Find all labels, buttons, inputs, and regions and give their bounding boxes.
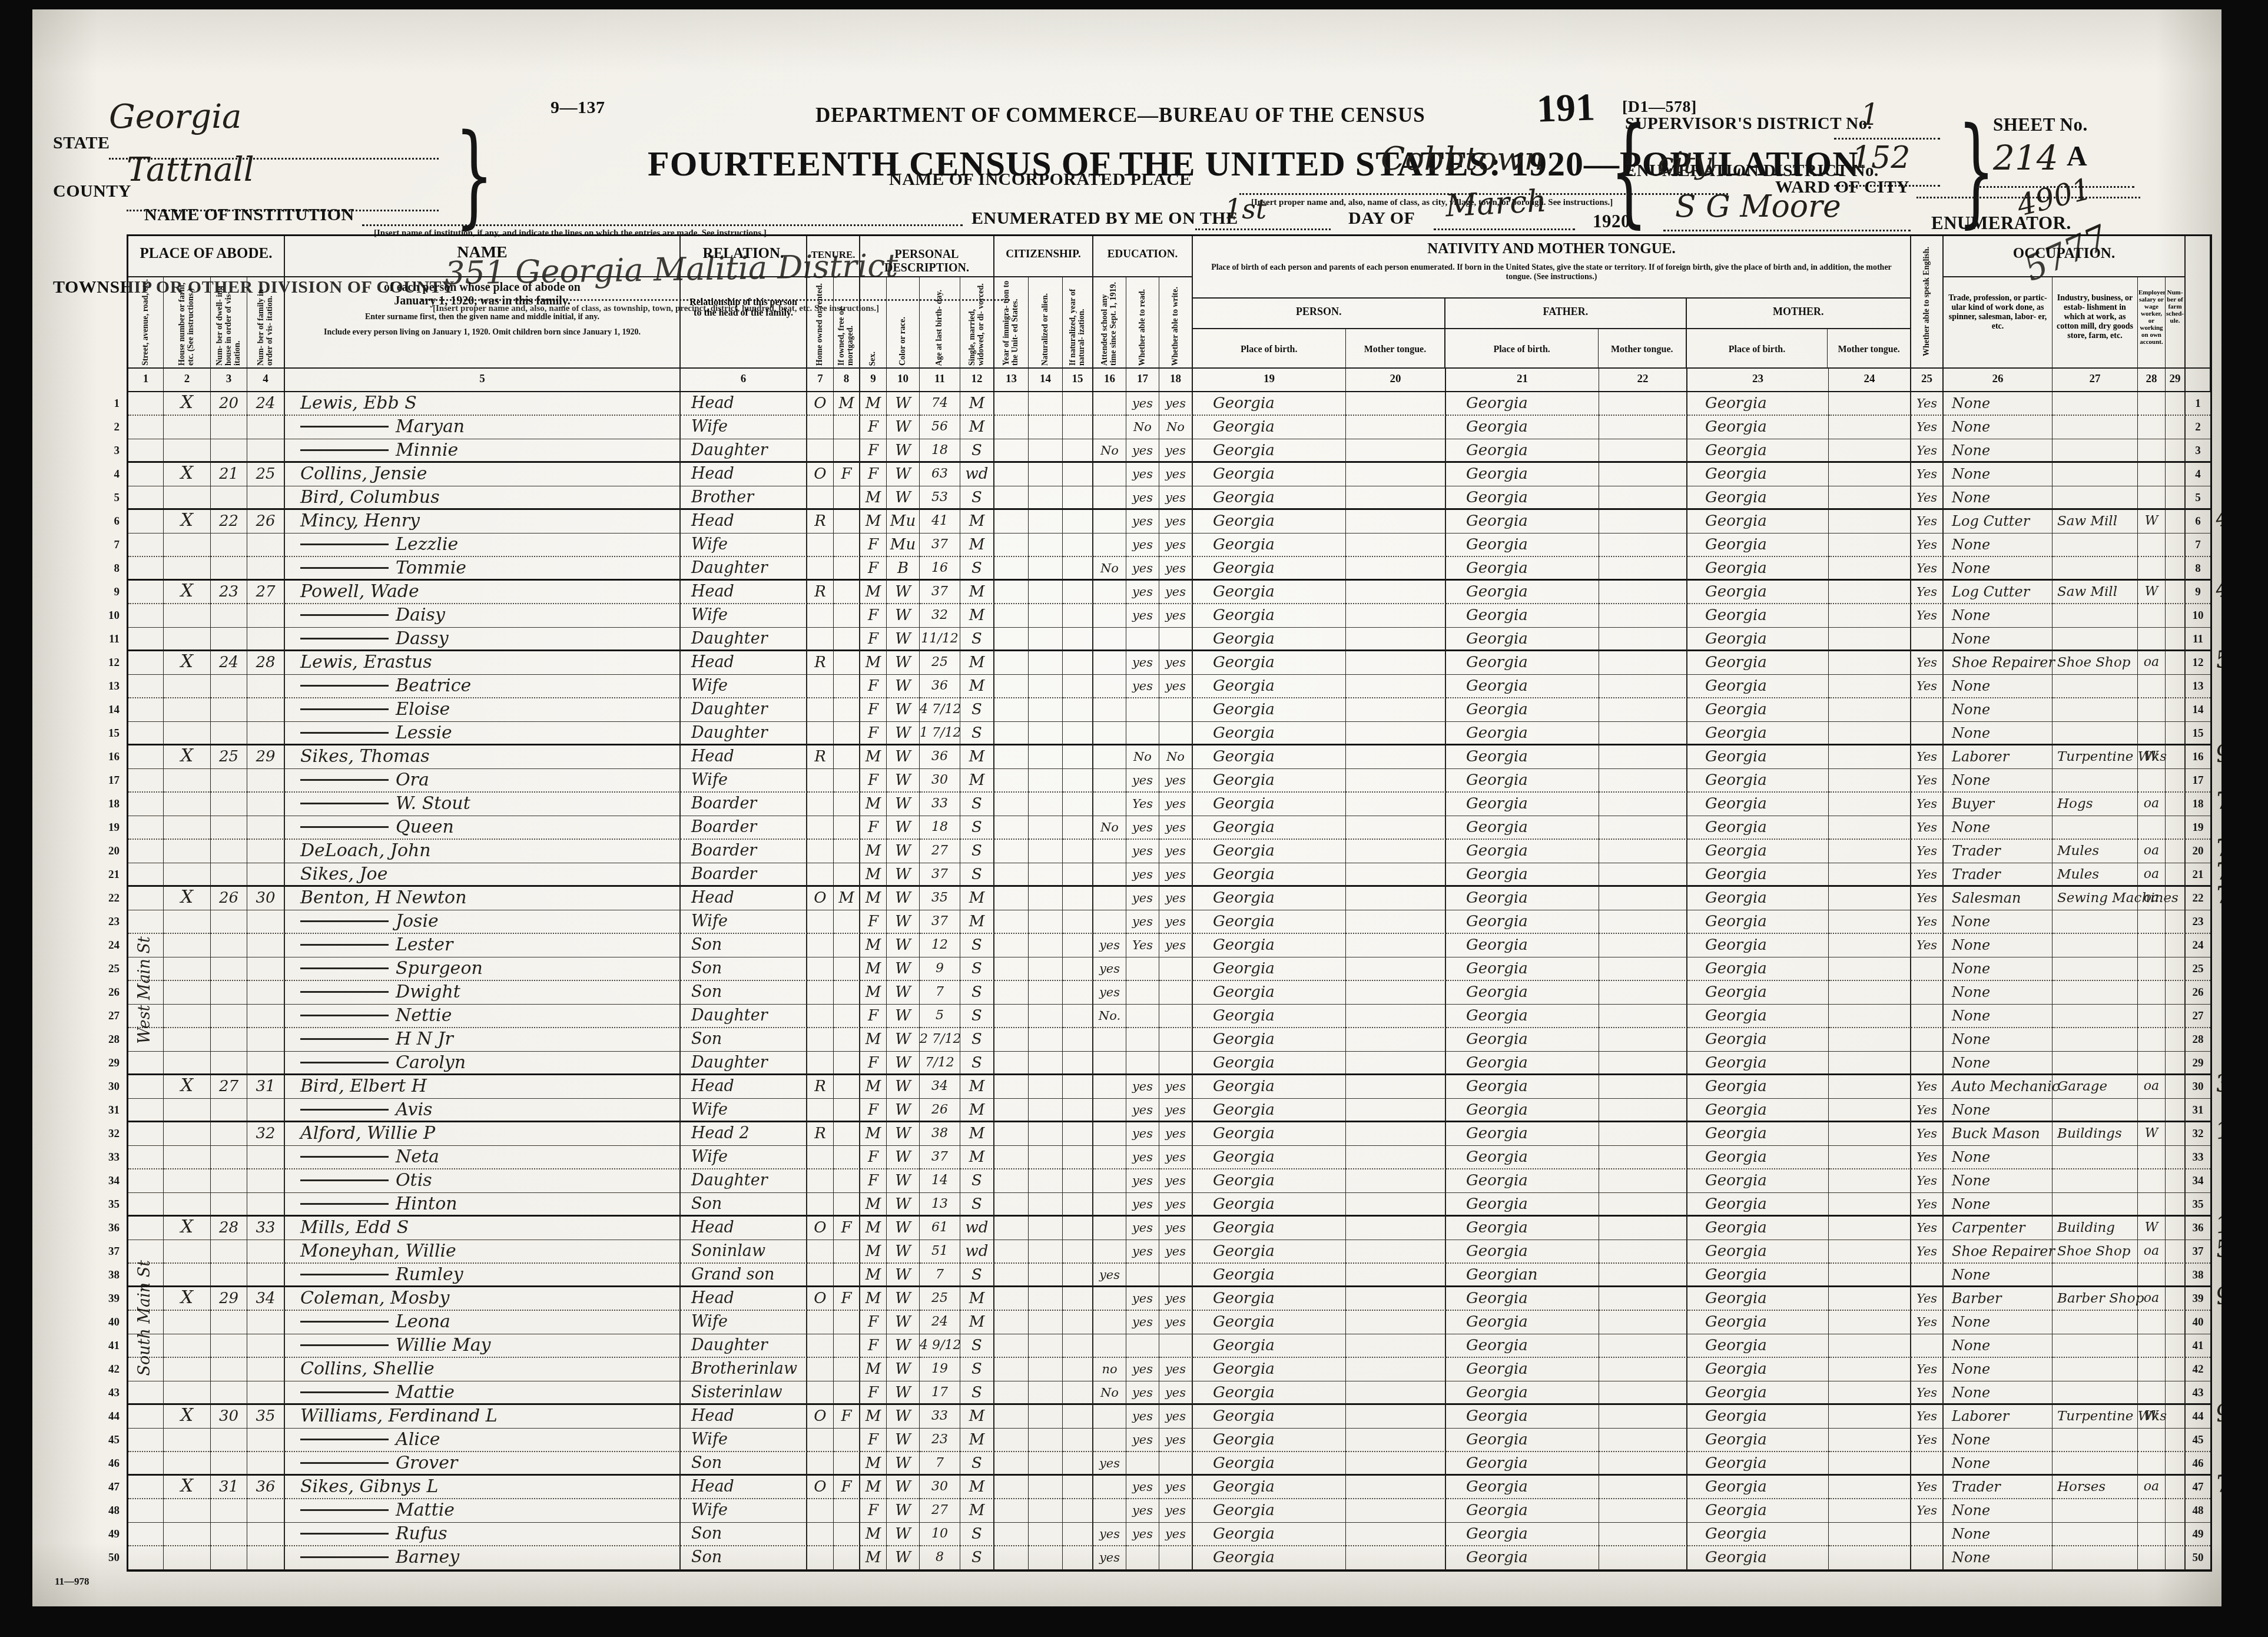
- cell-able-read: yes: [1126, 557, 1159, 581]
- cell-birthplace-person: Georgia: [1193, 1005, 1346, 1028]
- cell-farm-schedule: [2166, 1311, 2186, 1334]
- cell-speak-english: [1911, 1264, 1944, 1287]
- line-number-left: 29: [96, 1057, 120, 1070]
- cell-birthplace-mother: Georgia: [1687, 628, 1829, 651]
- cell-industry: [2053, 1523, 2138, 1546]
- cell-industry: [2053, 628, 2138, 651]
- col-number-1: 1: [128, 369, 164, 391]
- cell-birthplace-mother: Georgia: [1687, 439, 1829, 463]
- cell-street: [128, 910, 164, 934]
- cell-family-number: [247, 1193, 285, 1217]
- name-ditto-line: [300, 732, 389, 734]
- cell-age: 34: [920, 1075, 960, 1099]
- cell-tongue-person: [1346, 1476, 1446, 1499]
- line-number-right: 39: [2186, 1287, 2210, 1311]
- cell-able-write: [1159, 1264, 1193, 1287]
- line-number-left: 39: [96, 1293, 120, 1305]
- cell-birthplace-mother: Georgia: [1687, 1546, 1829, 1570]
- line-number-right: 5: [2186, 486, 2210, 510]
- cell-naturalization-year: [1063, 1052, 1093, 1075]
- cell-attended-school: [1093, 1217, 1126, 1240]
- cell-abode-mark: [164, 486, 211, 510]
- col-number-8: 8: [834, 369, 860, 391]
- cell-dwelling-number: [211, 722, 247, 745]
- cell-tongue-father: [1599, 840, 1687, 863]
- cell-tongue-father: [1599, 793, 1687, 816]
- cell-able-read: No: [1126, 416, 1159, 439]
- cell-tongue-father: [1599, 1264, 1687, 1287]
- cell-age: 30: [920, 1476, 960, 1499]
- cell-employer-class: oa: [2138, 1075, 2166, 1099]
- cell-birthplace-father: Georgia: [1446, 1381, 1599, 1405]
- cell-marital: S: [960, 816, 994, 840]
- cell-relation: Head: [681, 1075, 807, 1099]
- cell-naturalization-year: [1063, 1099, 1093, 1122]
- cell-birthplace-father: Georgia: [1446, 486, 1599, 510]
- cell-employer-class: [2138, 1381, 2166, 1405]
- cell-relation: Boarder: [681, 793, 807, 816]
- group-tenure: TENURE.: [807, 236, 860, 277]
- line-number-right: 50: [2186, 1546, 2210, 1570]
- nativity-birth-tongue-row: Place of birth.Mother tongue.Place of bi…: [1193, 328, 1910, 367]
- cell-occupation: None: [1944, 1052, 2053, 1075]
- line-number-left: 36: [96, 1222, 120, 1235]
- cell-attended-school: No.: [1093, 1005, 1126, 1028]
- census-scan: STATE Georgia COUNTY Tattnall } 9—137 DE…: [0, 0, 2268, 1637]
- cell-color-race: W: [887, 1546, 920, 1570]
- cell-mortgage: [834, 1334, 860, 1358]
- cell-birthplace-father: Georgia: [1446, 840, 1599, 863]
- cell-sex: M: [860, 1358, 887, 1381]
- cell-able-write: yes: [1159, 1405, 1193, 1429]
- cell-birthplace-father: Georgia: [1446, 581, 1599, 604]
- cell-family-number: 33: [247, 1217, 285, 1240]
- col-number-21: 21: [1446, 369, 1599, 391]
- cell-speak-english: [1911, 1028, 1944, 1052]
- cell-naturalization-year: [1063, 769, 1093, 793]
- cell-mortgage: [834, 675, 860, 698]
- name-ditto-line: [300, 1344, 389, 1346]
- cell-birthplace-mother: Georgia: [1687, 1429, 1829, 1452]
- cell-family-number: [247, 1523, 285, 1546]
- cell-able-read: Yes: [1126, 934, 1159, 957]
- cell-name: Tommie: [285, 557, 681, 581]
- cell-tongue-father: [1599, 1429, 1687, 1452]
- cell-dwelling-number: [211, 1240, 247, 1264]
- cell-farm-schedule: [2166, 416, 2186, 439]
- table-header: PLACE OF ABODE.NAMERELATION.TENURE.PERSO…: [128, 236, 2210, 392]
- cell-immigration-year: [994, 392, 1029, 416]
- line-number-right: 34: [2186, 1169, 2210, 1193]
- cell-industry: [2053, 1264, 2138, 1287]
- line-number-left: 17: [96, 774, 120, 787]
- cell-naturalization-year: [1063, 1169, 1093, 1193]
- cell-marital: M: [960, 510, 994, 533]
- cell-mortgage: [834, 1052, 860, 1075]
- cell-naturalization-year: [1063, 486, 1093, 510]
- cell-naturalization-year: [1063, 957, 1093, 981]
- cell-birthplace-mother: Georgia: [1687, 1122, 1829, 1146]
- cell-home-owned: [807, 604, 834, 628]
- cell-family-number: [247, 957, 285, 981]
- cell-home-owned: [807, 1099, 834, 1122]
- cell-mortgage: M: [834, 887, 860, 910]
- cell-tongue-mother: [1829, 604, 1911, 628]
- cell-home-owned: [807, 439, 834, 463]
- cell-able-write: yes: [1159, 604, 1193, 628]
- cell-attended-school: No: [1093, 816, 1126, 840]
- cell-farm-schedule: [2166, 910, 2186, 934]
- cell-mortgage: [834, 981, 860, 1005]
- cell-tongue-person: [1346, 628, 1446, 651]
- bottom-form-code: 11—978: [55, 1576, 89, 1588]
- cell-attended-school: [1093, 1405, 1126, 1429]
- cell-speak-english: Yes: [1911, 769, 1944, 793]
- cell-tongue-person: [1346, 1099, 1446, 1122]
- line-number-right: 11: [2186, 628, 2210, 651]
- cell-tongue-mother: [1829, 769, 1911, 793]
- cell-dwelling-number: [211, 604, 247, 628]
- cell-occupation: Barber: [1944, 1287, 2053, 1311]
- cell-birthplace-father: Georgia: [1446, 957, 1599, 981]
- cell-abode-mark: X: [164, 1287, 211, 1311]
- cell-dwelling-number: [211, 1358, 247, 1381]
- cell-able-write: yes: [1159, 1523, 1193, 1546]
- cell-family-number: [247, 769, 285, 793]
- cell-color-race: W: [887, 840, 920, 863]
- col-number-20: 20: [1346, 369, 1446, 391]
- cell-birthplace-person: Georgia: [1193, 1452, 1346, 1476]
- cell-attended-school: [1093, 698, 1126, 722]
- cell-dwelling-number: [211, 1122, 247, 1146]
- cell-name: Barney: [285, 1546, 681, 1570]
- cell-home-owned: [807, 1429, 834, 1452]
- col-label-text-8: If owned, free or mortgaged.: [837, 277, 856, 367]
- cell-street: [128, 769, 164, 793]
- cell-able-read: yes: [1126, 863, 1159, 887]
- cell-tongue-mother: [1829, 416, 1911, 439]
- cell-birthplace-mother: Georgia: [1687, 1358, 1829, 1381]
- cell-mortgage: [834, 910, 860, 934]
- cell-employer-class: [2138, 604, 2166, 628]
- cell-speak-english: Yes: [1911, 439, 1944, 463]
- cell-able-read: [1126, 1546, 1159, 1570]
- cell-industry: [2053, 392, 2138, 416]
- cell-home-owned: R: [807, 1075, 834, 1099]
- cell-tongue-father: [1599, 1499, 1687, 1523]
- cell-naturalization-year: [1063, 604, 1093, 628]
- cell-tongue-mother: [1829, 910, 1911, 934]
- cell-naturalization-year: [1063, 840, 1093, 863]
- cell-family-number: [247, 1028, 285, 1052]
- cell-immigration-year: [994, 1405, 1029, 1429]
- cell-birthplace-mother: Georgia: [1687, 910, 1829, 934]
- cell-tongue-father: [1599, 1146, 1687, 1169]
- cell-name: Rufus: [285, 1523, 681, 1546]
- cell-marital: S: [960, 840, 994, 863]
- cell-name: Otis: [285, 1169, 681, 1193]
- incorporated-note: [Insert proper name and, also, name of c…: [1251, 198, 1613, 208]
- cell-employer-class: [2138, 957, 2166, 981]
- cell-sex: M: [860, 392, 887, 416]
- cell-farm-schedule: [2166, 604, 2186, 628]
- cell-birthplace-mother: Georgia: [1687, 416, 1829, 439]
- cell-color-race: W: [887, 581, 920, 604]
- cell-name: Dwight: [285, 981, 681, 1005]
- cell-name: Maryan: [285, 416, 681, 439]
- cell-tongue-person: [1346, 1075, 1446, 1099]
- cell-tongue-mother: [1829, 533, 1911, 557]
- cell-color-race: W: [887, 1075, 920, 1099]
- line-number-right: 41: [2186, 1334, 2210, 1358]
- cell-attended-school: [1093, 840, 1126, 863]
- cell-home-owned: [807, 628, 834, 651]
- cell-industry: [2053, 1052, 2138, 1075]
- cell-abode-mark: [164, 1005, 211, 1028]
- line-number-left: 8: [96, 562, 120, 575]
- line-number-left: 48: [96, 1505, 120, 1517]
- cell-mortgage: [834, 486, 860, 510]
- cell-able-write: yes: [1159, 651, 1193, 675]
- cell-birthplace-person: Georgia: [1193, 1146, 1346, 1169]
- cell-home-owned: O: [807, 1405, 834, 1429]
- cell-immigration-year: [994, 1334, 1029, 1358]
- cell-name: Mattie: [285, 1499, 681, 1523]
- cell-sex: F: [860, 557, 887, 581]
- cell-marital: M: [960, 651, 994, 675]
- cell-mortgage: [834, 604, 860, 628]
- cell-marital: M: [960, 1075, 994, 1099]
- cell-relation: Wife: [681, 604, 807, 628]
- cell-employer-class: W: [2138, 745, 2166, 769]
- cell-naturalized: [1029, 1146, 1063, 1169]
- cell-naturalization-year: [1063, 628, 1093, 651]
- cell-industry: [2053, 416, 2138, 439]
- cell-able-write: yes: [1159, 793, 1193, 816]
- cell-tongue-person: [1346, 1217, 1446, 1240]
- cell-birthplace-mother: Georgia: [1687, 1476, 1829, 1499]
- cell-home-owned: O: [807, 1476, 834, 1499]
- cell-birthplace-father: Georgia: [1446, 604, 1599, 628]
- cell-dwelling-number: [211, 1099, 247, 1122]
- cell-dwelling-number: [211, 1381, 247, 1405]
- cell-abode-mark: [164, 769, 211, 793]
- group-occupation: OCCUPATION.: [1944, 236, 2186, 277]
- cell-birthplace-mother: Georgia: [1687, 934, 1829, 957]
- cell-speak-english: Yes: [1911, 1311, 1944, 1334]
- cell-occupation: None: [1944, 934, 2053, 957]
- line-number-right: 21: [2186, 863, 2210, 887]
- cell-age: 63: [920, 463, 960, 486]
- cell-tongue-mother: [1829, 816, 1911, 840]
- cell-employer-class: [2138, 698, 2166, 722]
- cell-industry: [2053, 604, 2138, 628]
- cell-birthplace-father: Georgia: [1446, 510, 1599, 533]
- cell-able-write: [1159, 1028, 1193, 1052]
- cell-attended-school: [1093, 793, 1126, 816]
- cell-farm-schedule: [2166, 533, 2186, 557]
- cell-farm-schedule: [2166, 392, 2186, 416]
- cell-birthplace-father: Georgian: [1446, 1264, 1599, 1287]
- cell-birthplace-father: Georgia: [1446, 439, 1599, 463]
- cell-age: 18: [920, 816, 960, 840]
- cell-tongue-person: [1346, 1358, 1446, 1381]
- cell-attended-school: [1093, 1499, 1126, 1523]
- cell-color-race: W: [887, 957, 920, 981]
- cell-abode-mark: [164, 1099, 211, 1122]
- cell-speak-english: Yes: [1911, 1499, 1944, 1523]
- cell-attended-school: [1093, 486, 1126, 510]
- group-relation: RELATION.: [681, 236, 807, 277]
- cell-industry: Mules: [2053, 840, 2138, 863]
- cell-birthplace-mother: Georgia: [1687, 1146, 1829, 1169]
- col-number-3: 3: [211, 369, 247, 391]
- cell-naturalized: [1029, 1264, 1063, 1287]
- cell-relation: Daughter: [681, 439, 807, 463]
- col-label-3: Num- ber of dwell- ing house in order of…: [211, 277, 247, 369]
- cell-birthplace-mother: Georgia: [1687, 1075, 1829, 1099]
- line-number-right: 22: [2186, 887, 2210, 910]
- cell-farm-schedule: [2166, 1028, 2186, 1052]
- cell-age: 25: [920, 1287, 960, 1311]
- institution-label: NAME OF INSTITUTION: [144, 205, 354, 225]
- nativity-col-label: Place of birth.: [1445, 329, 1599, 367]
- cell-attended-school: No: [1093, 439, 1126, 463]
- cell-family-number: [247, 1052, 285, 1075]
- cell-industry: [2053, 1429, 2138, 1452]
- cell-naturalization-year: [1063, 439, 1093, 463]
- cell-mortgage: [834, 628, 860, 651]
- cell-sex: F: [860, 463, 887, 486]
- cell-tongue-mother: [1829, 793, 1911, 816]
- line-number-right: 28: [2186, 1028, 2210, 1052]
- cell-tongue-person: [1346, 1523, 1446, 1546]
- cell-age: 37: [920, 863, 960, 887]
- col-label-25: Whether able to speak English.: [1911, 236, 1944, 369]
- cell-tongue-father: [1599, 816, 1687, 840]
- cell-attended-school: [1093, 1193, 1126, 1217]
- cell-immigration-year: [994, 1523, 1029, 1546]
- cell-relation: Soninlaw: [681, 1240, 807, 1264]
- line-number-right: 37: [2186, 1240, 2210, 1264]
- cell-age: 37: [920, 581, 960, 604]
- cell-birthplace-father: Georgia: [1446, 651, 1599, 675]
- cell-birthplace-father: Georgia: [1446, 1217, 1599, 1240]
- cell-name: W. Stout: [285, 793, 681, 816]
- cell-speak-english: Yes: [1911, 510, 1944, 533]
- cell-mortgage: [834, 1499, 860, 1523]
- cell-relation: Head: [681, 887, 807, 910]
- cell-immigration-year: [994, 1193, 1029, 1217]
- cell-tongue-mother: [1829, 675, 1911, 698]
- cell-age: 7/12: [920, 1052, 960, 1075]
- cell-home-owned: [807, 1264, 834, 1287]
- cell-tongue-mother: [1829, 1381, 1911, 1405]
- col-label-text-3: Num- ber of dwell- ing house in order of…: [215, 277, 243, 367]
- cell-birthplace-mother: Georgia: [1687, 1052, 1829, 1075]
- cell-attended-school: [1093, 533, 1126, 557]
- cell-home-owned: O: [807, 887, 834, 910]
- cell-marital: wd: [960, 463, 994, 486]
- col-label-8: If owned, free or mortgaged.: [834, 277, 860, 369]
- cell-street: [128, 604, 164, 628]
- cell-tongue-mother: [1829, 1452, 1911, 1476]
- cell-birthplace-mother: Georgia: [1687, 1405, 1829, 1429]
- cell-naturalization-year: [1063, 698, 1093, 722]
- cell-color-race: W: [887, 1523, 920, 1546]
- cell-dwelling-number: [211, 675, 247, 698]
- cell-color-race: W: [887, 1499, 920, 1523]
- cell-birthplace-mother: Georgia: [1687, 1381, 1829, 1405]
- line-number-right: 9: [2186, 581, 2210, 604]
- cell-speak-english: Yes: [1911, 392, 1944, 416]
- enumerated-day-rule: [1195, 228, 1331, 230]
- line-number-right: 13: [2186, 675, 2210, 698]
- cell-birthplace-mother: Georgia: [1687, 816, 1829, 840]
- cell-dwelling-number: 31: [211, 1476, 247, 1499]
- cell-mortgage: [834, 1452, 860, 1476]
- cell-naturalization-year: [1063, 557, 1093, 581]
- cell-tongue-mother: [1829, 1217, 1911, 1240]
- cell-occupation: None: [1944, 1429, 2053, 1452]
- cell-birthplace-person: Georgia: [1193, 1169, 1346, 1193]
- cell-relation: Son: [681, 957, 807, 981]
- cell-dwelling-number: [211, 439, 247, 463]
- cell-tongue-person: [1346, 581, 1446, 604]
- col-number-14: 14: [1029, 369, 1063, 391]
- cell-able-read: yes: [1126, 651, 1159, 675]
- cell-able-write: yes: [1159, 887, 1193, 910]
- cell-home-owned: [807, 1240, 834, 1264]
- cell-age: 13: [920, 1193, 960, 1217]
- cell-employer-class: [2138, 486, 2166, 510]
- cell-birthplace-person: Georgia: [1193, 722, 1346, 745]
- cell-mortgage: [834, 769, 860, 793]
- name-ditto-line: [300, 944, 389, 946]
- cell-naturalized: [1029, 392, 1063, 416]
- cell-tongue-mother: [1829, 581, 1911, 604]
- cell-able-write: [1159, 722, 1193, 745]
- cell-able-write: yes: [1159, 1099, 1193, 1122]
- cell-birthplace-father: Georgia: [1446, 628, 1599, 651]
- col-label-text-12: Single, married, widowed, or di- vorced.: [967, 277, 986, 367]
- cell-home-owned: O: [807, 392, 834, 416]
- cell-farm-schedule: [2166, 887, 2186, 910]
- line-number-right: 19: [2186, 816, 2210, 840]
- cell-industry: [2053, 1146, 2138, 1169]
- cell-family-number: 32: [247, 1122, 285, 1146]
- cell-abode-mark: [164, 957, 211, 981]
- cell-abode-mark: [164, 628, 211, 651]
- cell-name: Beatrice: [285, 675, 681, 698]
- street-name-vertical: West Main St: [135, 935, 154, 1046]
- col-number-17: 17: [1126, 369, 1159, 391]
- cell-mortgage: [834, 1381, 860, 1405]
- cell-able-write: [1159, 1005, 1193, 1028]
- cell-able-write: yes: [1159, 392, 1193, 416]
- cell-dwelling-number: [211, 793, 247, 816]
- cell-relation: Son: [681, 934, 807, 957]
- cell-name: Bird, Columbus: [285, 486, 681, 510]
- cell-marital: S: [960, 1193, 994, 1217]
- cell-tongue-father: [1599, 1287, 1687, 1311]
- cell-speak-english: Yes: [1911, 910, 1944, 934]
- cell-occupation: None: [1944, 1358, 2053, 1381]
- cell-naturalization-year: [1063, 1122, 1093, 1146]
- cell-home-owned: [807, 1193, 834, 1217]
- cell-speak-english: Yes: [1911, 1358, 1944, 1381]
- supervisor-district-label: SUPERVISOR'S DISTRICT No.: [1625, 114, 1872, 134]
